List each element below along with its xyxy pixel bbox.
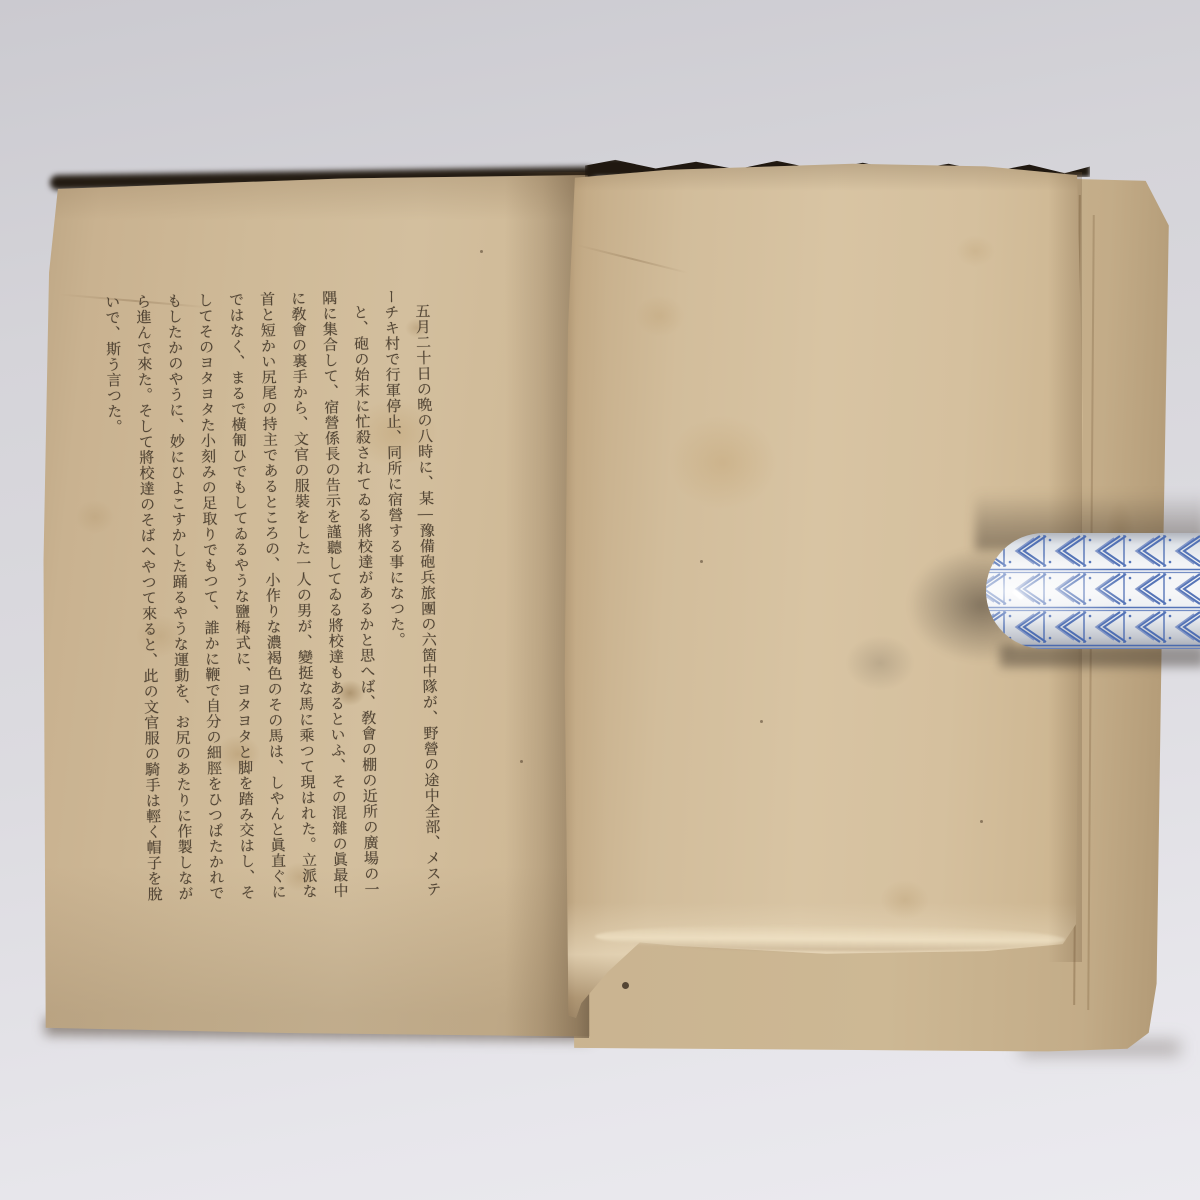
foxing-spot [635,295,685,337]
dark-speck [622,982,629,989]
book-photo-scene: 五月二十日の晩の八時に、某―豫備砲兵旅團の六箇中隊が、野營の途中全部、メステーチ… [0,0,1200,1200]
paper-speck [700,560,703,563]
foxing-spot [880,880,930,920]
paper-speck [480,250,483,253]
paper-speck [980,820,983,823]
page-text-paragraph: 五月二十日の晩の八時に、某―豫備砲兵旅團の六箇中隊が、野營の途中全部、メステーチ… [374,288,448,911]
paper-speck [520,760,523,763]
paper-speck [760,720,763,723]
page-text-paragraph: と、砲の始末に忙殺されてゐる將校達があるかと思へば、敎會の棚の近所の廣場の一隅に… [95,289,386,916]
foxing-spot [668,415,778,510]
foxing-spot [955,235,995,267]
left-page-vertical-text: 五月二十日の晩の八時に、某―豫備砲兵旅團の六箇中隊が、野營の途中全部、メステーチ… [91,288,448,917]
